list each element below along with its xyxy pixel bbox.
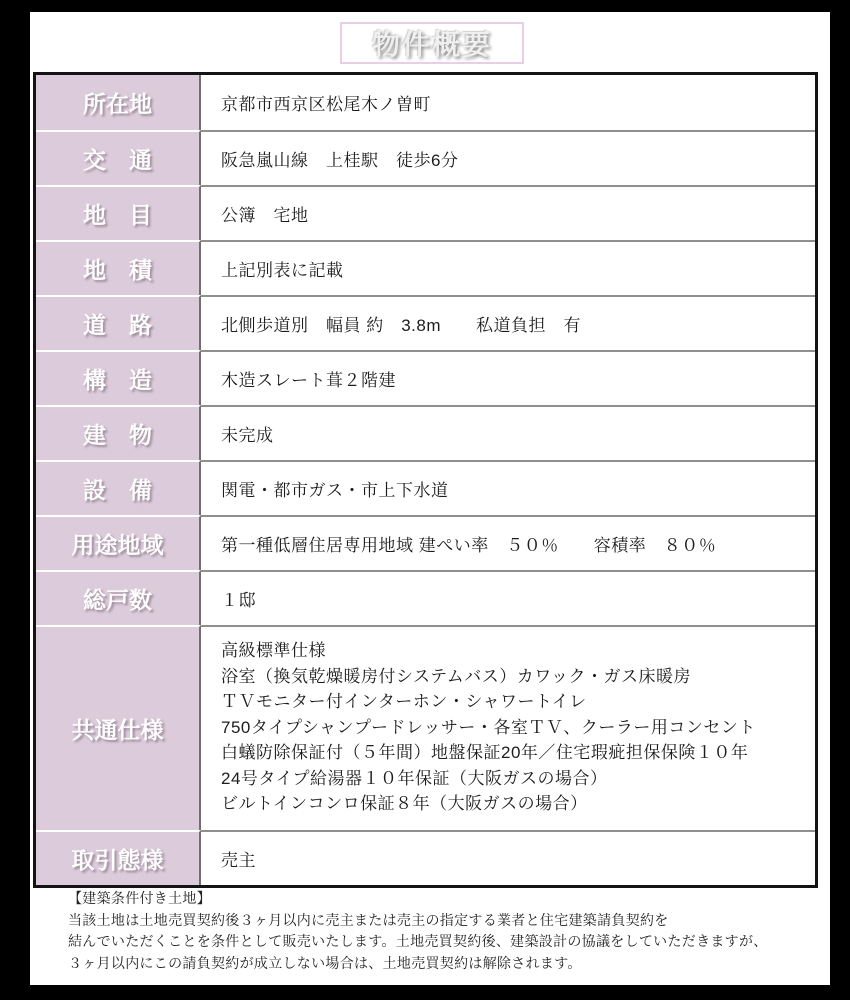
- row-value: 公簿 宅地: [201, 185, 815, 240]
- row-label: 地 目: [36, 185, 201, 240]
- row-value: 北側歩道別 幅員 約 3.8m 私道負担 有: [201, 295, 815, 350]
- spec-line: 白蟻防除保証付（５年間）地盤保証20年／住宅瑕疵担保保険１０年: [221, 740, 807, 766]
- table-row-utilities: 設 備 関電・都市ガス・市上下水道: [36, 460, 815, 515]
- row-label: 総戸数: [36, 570, 201, 625]
- spec-line: 24号タイプ給湯器１０年保証（大阪ガスの場合）: [221, 766, 807, 792]
- row-value: 上記別表に記載: [201, 240, 815, 295]
- property-sheet: 物件概要 所在地 京都市西京区松尾木ノ曽町 交 通 阪急嵐山線 上桂駅 徒歩6分…: [30, 12, 830, 985]
- table-row-building: 建 物 未完成: [36, 405, 815, 460]
- table-row-transaction-type: 取引態様 売主: [36, 830, 815, 885]
- page-title: 物件概要: [372, 23, 492, 63]
- table-row-land-area: 地 積 上記別表に記載: [36, 240, 815, 295]
- row-label: 道 路: [36, 295, 201, 350]
- row-label: 取引態様: [36, 830, 201, 885]
- spec-line: 浴室（換気乾燥暖房付システムバス）カワック・ガス床暖房: [221, 664, 807, 690]
- table-row-road: 道 路 北側歩道別 幅員 約 3.8m 私道負担 有: [36, 295, 815, 350]
- table-row-zoning: 用途地域 第一種低層住居専用地域 建ぺい率 ５０％ 容積率 ８０％: [36, 515, 815, 570]
- row-label: 用途地域: [36, 515, 201, 570]
- table-row-land-category: 地 目 公簿 宅地: [36, 185, 815, 240]
- row-value: 木造スレート葺２階建: [201, 350, 815, 405]
- row-label: 建 物: [36, 405, 201, 460]
- row-label: 交 通: [36, 130, 201, 185]
- note-line: 結んでいただくことを条件として販売いたします。土地売買契約後、建築設計の協議をし…: [68, 931, 768, 953]
- row-value: 第一種低層住居専用地域 建ぺい率 ５０％ 容積率 ８０％: [201, 515, 815, 570]
- note-line: 当該土地は土地売買契約後３ヶ月以内に売主または売主の指定する業者と住宅建築請負契…: [68, 910, 768, 932]
- row-value: 関電・都市ガス・市上下水道: [201, 460, 815, 515]
- conditional-land-note: 【建築条件付き土地】 当該土地は土地売買契約後３ヶ月以内に売主または売主の指定す…: [68, 888, 768, 974]
- property-table: 所在地 京都市西京区松尾木ノ曽町 交 通 阪急嵐山線 上桂駅 徒歩6分 地 目 …: [33, 72, 818, 888]
- spec-line: 高級標準仕様: [221, 638, 807, 664]
- row-value: 売主: [201, 830, 815, 885]
- spec-line: ＴＶモニター付インターホン・シャワートイレ: [221, 689, 807, 715]
- row-value: 京都市西京区松尾木ノ曽町: [201, 75, 815, 130]
- row-value: 高級標準仕様 浴室（換気乾燥暖房付システムバス）カワック・ガス床暖房 ＴＶモニタ…: [201, 625, 815, 830]
- table-row-location: 所在地 京都市西京区松尾木ノ曽町: [36, 75, 815, 130]
- table-row-common-specs: 共通仕様 高級標準仕様 浴室（換気乾燥暖房付システムバス）カワック・ガス床暖房 …: [36, 625, 815, 830]
- row-label: 所在地: [36, 75, 201, 130]
- row-label: 構 造: [36, 350, 201, 405]
- row-label: 地 積: [36, 240, 201, 295]
- row-value: １邸: [201, 570, 815, 625]
- page-title-box: 物件概要: [340, 22, 524, 64]
- note-line: ３ヶ月以内にこの請負契約が成立しない場合は、土地売買契約は解除されます。: [68, 953, 768, 975]
- row-label: 設 備: [36, 460, 201, 515]
- table-row-total-units: 総戸数 １邸: [36, 570, 815, 625]
- spec-line: 750タイプシャンプードレッサー・各室ＴＶ、クーラー用コンセント: [221, 715, 807, 741]
- row-value: 阪急嵐山線 上桂駅 徒歩6分: [201, 130, 815, 185]
- row-value: 未完成: [201, 405, 815, 460]
- row-label: 共通仕様: [36, 625, 201, 830]
- table-row-transport: 交 通 阪急嵐山線 上桂駅 徒歩6分: [36, 130, 815, 185]
- note-heading: 【建築条件付き土地】: [68, 888, 768, 910]
- table-row-structure: 構 造 木造スレート葺２階建: [36, 350, 815, 405]
- page-frame: 物件概要 所在地 京都市西京区松尾木ノ曽町 交 通 阪急嵐山線 上桂駅 徒歩6分…: [0, 0, 850, 1000]
- spec-line: ビルトインコンロ保証８年（大阪ガスの場合）: [221, 791, 807, 817]
